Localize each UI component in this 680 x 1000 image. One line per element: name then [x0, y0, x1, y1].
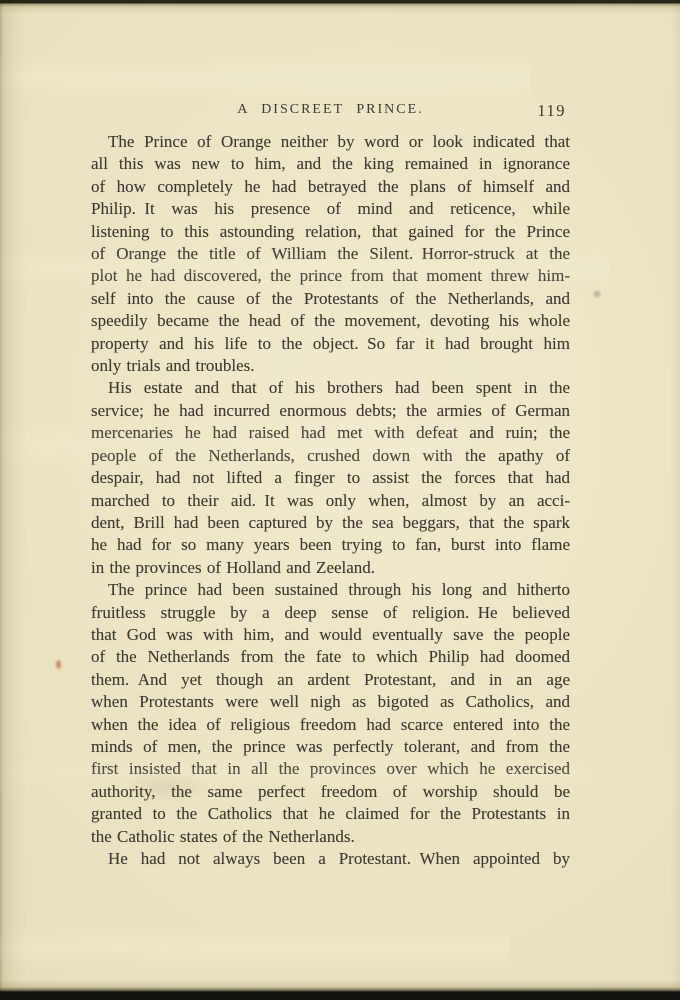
paragraph: The prince had been sustained through hi… — [91, 579, 570, 848]
text-line: authority, the same perfect freedom of w… — [91, 781, 570, 803]
text-line: His estate and that of his brothers had … — [91, 377, 570, 399]
text-line: He had not always been a Protestant. Whe… — [91, 848, 570, 870]
text-line: The prince had been sustained through hi… — [91, 579, 570, 601]
text-line: self into the cause of the Protestants o… — [91, 288, 570, 310]
text-line: fruitless struggle by a deep sense of re… — [91, 602, 570, 624]
page-header: A DISCREET PRINCE. 119 — [91, 102, 570, 122]
text-line: the Catholic states of the Netherlands. — [91, 826, 570, 848]
text-line: them. And yet though an ardent Protestan… — [91, 669, 570, 691]
book-page-scan: A DISCREET PRINCE. 119 The Prince of Ora… — [0, 0, 680, 1000]
scan-blemish — [592, 289, 602, 299]
text-line: despair, had not lifted a finger to assi… — [91, 467, 570, 489]
text-line: mercenaries he had raised had met with d… — [91, 422, 570, 444]
text-line: Philip. It was his presence of mind and … — [91, 198, 570, 220]
text-line: of the Netherlands from the fate to whic… — [91, 646, 570, 668]
text-line: in the provinces of Holland and Zeeland. — [91, 557, 570, 579]
text-line: first insisted that in all the provinces… — [91, 758, 570, 780]
paragraph: He had not always been a Protestant. Whe… — [91, 848, 570, 870]
text-line: minds of men, the prince was perfectly t… — [91, 736, 570, 758]
text-line: when Protestants were well nigh as bigot… — [91, 691, 570, 713]
scan-streak — [0, 925, 510, 969]
text-line: marched to their aid. It was only when, … — [91, 490, 570, 512]
text-line: all this was new to him, and the king re… — [91, 153, 570, 175]
scan-edge-right — [670, 0, 680, 1000]
text-line: property and his life to the object. So … — [91, 333, 570, 355]
scan-streak — [0, 58, 530, 100]
text-line: listening to this astounding relation, t… — [91, 221, 570, 243]
text-line: service; he had incurred enormous debts;… — [91, 400, 570, 422]
text-line: plot he had discovered, the prince from … — [91, 265, 570, 287]
text-line: people of the Netherlands, crushed down … — [91, 445, 570, 467]
scan-edge-bottom — [0, 980, 680, 1000]
scan-blemish — [56, 660, 61, 669]
text-line: he had for so many years been trying to … — [91, 534, 570, 556]
scan-edge-top — [0, 0, 680, 14]
running-title: A DISCREET PRINCE. — [91, 102, 570, 118]
scan-edge-left — [0, 0, 28, 1000]
text-line: The Prince of Orange neither by word or … — [91, 131, 570, 153]
text-line: of how completely he had betrayed the pl… — [91, 176, 570, 198]
text-line: granted to the Catholics that he claimed… — [91, 803, 570, 825]
text-line: dent, Brill had been captured by the sea… — [91, 512, 570, 534]
page-number: 119 — [537, 101, 566, 121]
text-line: only trials and troubles. — [91, 355, 570, 377]
page-text: The Prince of Orange neither by word or … — [91, 131, 570, 870]
text-line: of Orange the title of William the Silen… — [91, 243, 570, 265]
text-line: speedily became the head of the movement… — [91, 310, 570, 332]
paragraph: The Prince of Orange neither by word or … — [91, 131, 570, 377]
text-line: that God was with him, and would eventua… — [91, 624, 570, 646]
text-line: when the idea of religious freedom had s… — [91, 714, 570, 736]
paragraph: His estate and that of his brothers had … — [91, 377, 570, 579]
